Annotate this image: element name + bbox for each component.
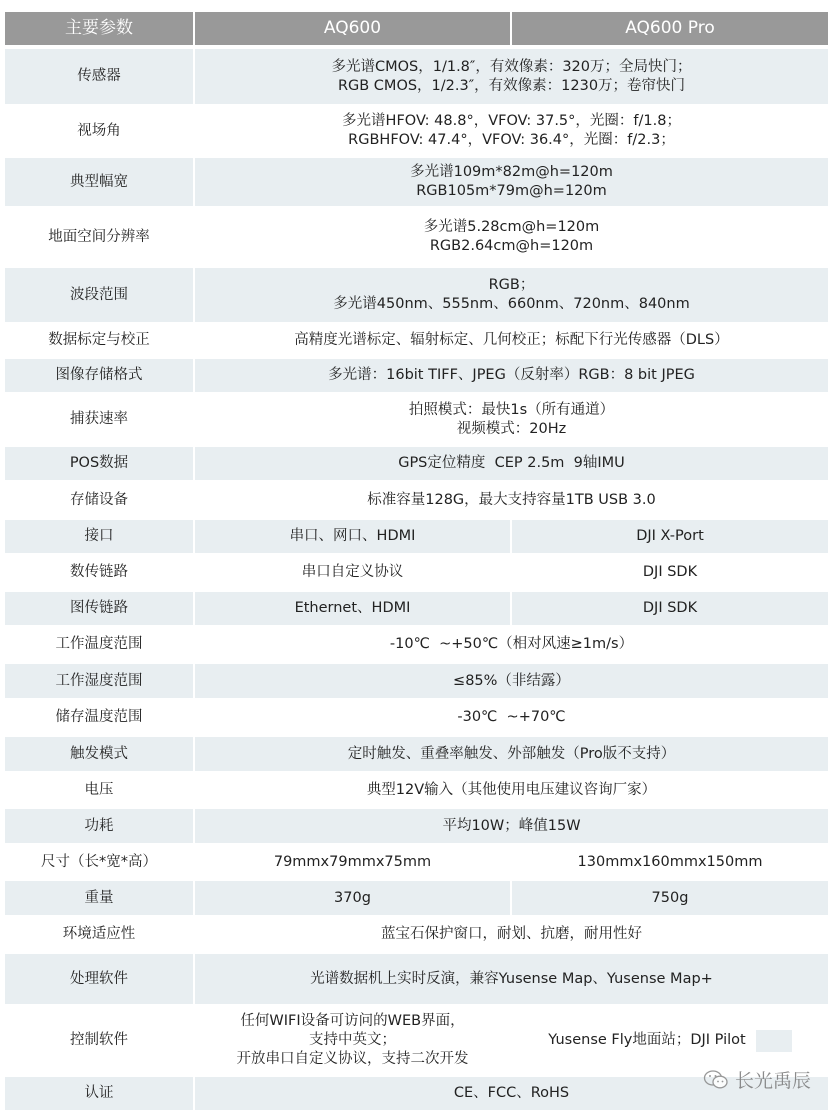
spec-table: 主要参数 AQ600 AQ600 Pro 传感器 多光谱CMOS，1/1.8″，… (5, 12, 828, 1112)
table-row: 数传链路 串口自定义协议 DJI SDK (5, 555, 828, 590)
param-value: 多光谱CMOS，1/1.8″，有效像素：320万；全局快门； RGB CMOS，… (195, 49, 828, 104)
value-line: 开放串口自定义协议，支持二次开发 (237, 1050, 469, 1069)
param-label: 控制软件 (5, 1006, 193, 1075)
param-label: 环境适应性 (5, 917, 193, 952)
value-line: RGB2.64cm@h=120m (430, 237, 593, 256)
watermark: 长光禹辰 (703, 1066, 811, 1093)
value-line: 支持中英文； (309, 1031, 396, 1050)
param-value: GPS定位精度 CEP 2.5m 9轴IMU (195, 447, 828, 480)
param-label: 图像存储格式 (5, 359, 193, 392)
param-label: 图传链路 (5, 592, 193, 625)
table-row: 环境适应性 蓝宝石保护窗口，耐划、抗磨，耐用性好 (5, 917, 828, 952)
value-line: RGBHFOV: 47.4°，VFOV: 36.4°，光圈：f/2.3； (348, 131, 675, 150)
param-label: 波段范围 (5, 268, 193, 322)
value-aq600-pro: Yusense Fly地面站；DJI Pilot (512, 1006, 828, 1075)
param-value: ≤85%（非结露） (195, 664, 828, 698)
header-model-aq600: AQ600 (195, 12, 510, 45)
header-param: 主要参数 (5, 12, 193, 45)
param-label: 工作湿度范围 (5, 664, 193, 698)
param-value: -10℃ ~+50℃（相对风速≥1m/s） (195, 627, 828, 662)
param-value: 标准容量128G，最大支持容量1TB USB 3.0 (195, 482, 828, 518)
value-aq600: 370g (195, 881, 510, 915)
param-value: 蓝宝石保护窗口，耐划、抗磨，耐用性好 (195, 917, 828, 952)
value-line: 多光谱HFOV: 48.8°，VFOV: 37.5°，光圈：f/1.8； (342, 112, 681, 131)
value-aq600: 79mmx79mmx75mm (195, 845, 510, 879)
param-value: 定时触发、重叠率触发、外部触发（Pro版不支持） (195, 737, 828, 771)
table-row: 接口 串口、网口、HDMI DJI X-Port (5, 520, 828, 553)
param-label: 视场角 (5, 106, 193, 156)
param-value: 光谱数据机上实时反演，兼容Yusense Map、Yusense Map+ (195, 954, 828, 1004)
value-line: RGB105m*79m@h=120m (416, 182, 607, 201)
value-line: RGB； (489, 276, 535, 295)
param-label: 典型幅宽 (5, 158, 193, 206)
value-aq600-pro: DJI SDK (512, 555, 828, 590)
value-aq600-pro: 130mmx160mmx150mm (512, 845, 828, 879)
table-row: 存储设备 标准容量128G，最大支持容量1TB USB 3.0 (5, 482, 828, 518)
table-row: 典型幅宽 多光谱109m*82m@h=120m RGB105m*79m@h=12… (5, 158, 828, 206)
param-label: POS数据 (5, 447, 193, 480)
table-row: 捕获速率 拍照模式：最快1s（所有通道） 视频模式：20Hz (5, 394, 828, 445)
param-label: 储存温度范围 (5, 700, 193, 735)
param-label: 数传链路 (5, 555, 193, 590)
value-aq600: 任何WIFI设备可访问的WEB界面， 支持中英文； 开放串口自定义协议，支持二次… (195, 1006, 510, 1075)
table-row: 地面空间分辨率 多光谱5.28cm@h=120m RGB2.64cm@h=120… (5, 208, 828, 266)
header-model-aq600-pro: AQ600 Pro (512, 12, 828, 45)
decorative-box (756, 1030, 792, 1052)
table-row: POS数据 GPS定位精度 CEP 2.5m 9轴IMU (5, 447, 828, 480)
param-value: -30℃ ~+70℃ (195, 700, 828, 735)
wechat-icon (703, 1069, 729, 1091)
value-line: 多光谱450nm、555nm、660nm、720nm、840nm (333, 295, 689, 314)
table-header: 主要参数 AQ600 AQ600 Pro (5, 12, 828, 45)
table-row: 电压 典型12V输入（其他使用电压建议咨询厂家） (5, 773, 828, 807)
value-line: RGB CMOS，1/2.3″，有效像素：1230万；卷帘快门 (338, 77, 685, 96)
param-value: 拍照模式：最快1s（所有通道） 视频模式：20Hz (195, 394, 828, 445)
value-line: 多光谱CMOS，1/1.8″，有效像素：320万；全局快门； (331, 58, 691, 77)
param-value: 多光谱：16bit TIFF、JPEG（反射率）RGB：8 bit JPEG (195, 359, 828, 392)
param-label: 存储设备 (5, 482, 193, 518)
param-label: 电压 (5, 773, 193, 807)
value-line: 任何WIFI设备可访问的WEB界面， (240, 1012, 464, 1031)
param-value: 多光谱5.28cm@h=120m RGB2.64cm@h=120m (195, 208, 828, 266)
table-row: 数据标定与校正 高精度光谱标定、辐射标定、几何校正；标配下行光传感器（DLS） (5, 324, 828, 357)
table-row: 储存温度范围 -30℃ ~+70℃ (5, 700, 828, 735)
value-line: 多光谱109m*82m@h=120m (410, 163, 613, 182)
table-row: 视场角 多光谱HFOV: 48.8°，VFOV: 37.5°，光圈：f/1.8；… (5, 106, 828, 156)
value-aq600-pro: DJI SDK (512, 592, 828, 625)
param-label: 接口 (5, 520, 193, 553)
table-row: 传感器 多光谱CMOS，1/1.8″，有效像素：320万；全局快门； RGB C… (5, 49, 828, 104)
param-value: RGB； 多光谱450nm、555nm、660nm、720nm、840nm (195, 268, 828, 322)
table-row: 工作湿度范围 ≤85%（非结露） (5, 664, 828, 698)
param-label: 地面空间分辨率 (5, 208, 193, 266)
param-value: 高精度光谱标定、辐射标定、几何校正；标配下行光传感器（DLS） (195, 324, 828, 357)
param-value: 平均10W；峰值15W (195, 809, 828, 843)
value-aq600-pro: 750g (512, 881, 828, 915)
table-row: 图传链路 Ethernet、HDMI DJI SDK (5, 592, 828, 625)
table-row: 工作温度范围 -10℃ ~+50℃（相对风速≥1m/s） (5, 627, 828, 662)
table-row: 处理软件 光谱数据机上实时反演，兼容Yusense Map、Yusense Ma… (5, 954, 828, 1004)
value-aq600: Ethernet、HDMI (195, 592, 510, 625)
table-row: 控制软件 任何WIFI设备可访问的WEB界面， 支持中英文； 开放串口自定义协议… (5, 1006, 828, 1075)
param-label: 重量 (5, 881, 193, 915)
param-label: 处理软件 (5, 954, 193, 1004)
value-aq600: 串口自定义协议 (195, 555, 510, 590)
value-line: 拍照模式：最快1s（所有通道） (409, 401, 614, 420)
value-aq600: 串口、网口、HDMI (195, 520, 510, 553)
param-label: 传感器 (5, 49, 193, 104)
param-value: 多光谱HFOV: 48.8°，VFOV: 37.5°，光圈：f/1.8； RGB… (195, 106, 828, 156)
table-row: 重量 370g 750g (5, 881, 828, 915)
value-line: 视频模式：20Hz (457, 420, 566, 439)
param-label: 触发模式 (5, 737, 193, 771)
value-line: 多光谱5.28cm@h=120m (424, 218, 600, 237)
table-row: 波段范围 RGB； 多光谱450nm、555nm、660nm、720nm、840… (5, 268, 828, 322)
watermark-text: 长光禹辰 (735, 1066, 811, 1093)
param-label: 工作温度范围 (5, 627, 193, 662)
value-text: Yusense Fly地面站；DJI Pilot (548, 1031, 745, 1050)
param-label: 数据标定与校正 (5, 324, 193, 357)
table-row: 尺寸（长*宽*高） 79mmx79mmx75mm 130mmx160mmx150… (5, 845, 828, 879)
param-value: 多光谱109m*82m@h=120m RGB105m*79m@h=120m (195, 158, 828, 206)
param-label: 认证 (5, 1077, 193, 1110)
value-aq600-pro: DJI X-Port (512, 520, 828, 553)
param-label: 尺寸（长*宽*高） (5, 845, 193, 879)
table-row: 触发模式 定时触发、重叠率触发、外部触发（Pro版不支持） (5, 737, 828, 771)
param-label: 捕获速率 (5, 394, 193, 445)
table-row: 图像存储格式 多光谱：16bit TIFF、JPEG（反射率）RGB：8 bit… (5, 359, 828, 392)
param-label: 功耗 (5, 809, 193, 843)
table-row: 功耗 平均10W；峰值15W (5, 809, 828, 843)
param-value: 典型12V输入（其他使用电压建议咨询厂家） (195, 773, 828, 807)
